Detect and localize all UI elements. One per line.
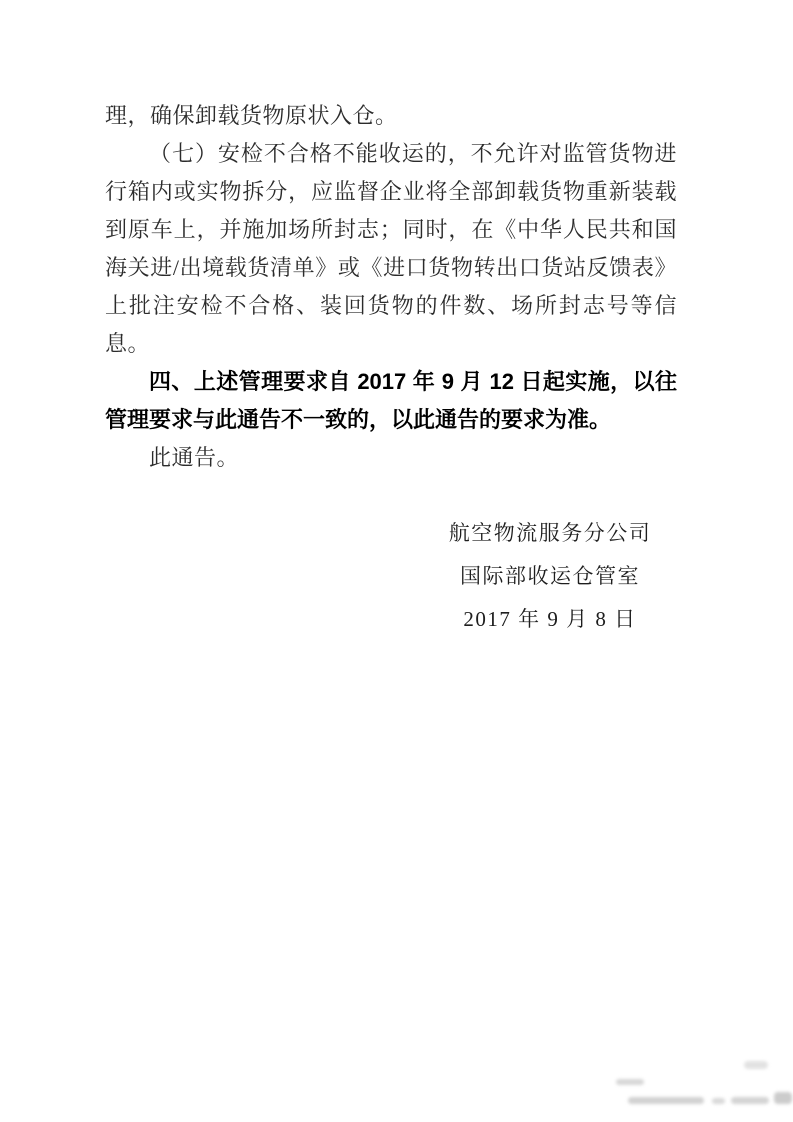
document-page: 理，确保卸载货物原状入仓。 （七）安检不合格不能收运的，不允许对监管货物进行箱内… — [0, 0, 793, 1122]
signature-organization: 航空物流服务分公司 — [400, 512, 700, 555]
signature-date: 2017 年 9 月 8 日 — [400, 598, 700, 641]
paragraph-continuation: 理，确保卸载货物原状入仓。 — [105, 97, 677, 135]
signature-department: 国际部收运仓管室 — [400, 555, 700, 598]
scan-artifact — [731, 1097, 769, 1104]
scan-artifact — [774, 1092, 792, 1104]
scan-artifact — [628, 1097, 704, 1104]
scan-artifact — [616, 1079, 644, 1085]
paragraph-closing: 此通告。 — [105, 439, 677, 477]
paragraph-section-4-effective-date: 四、上述管理要求自 2017 年 9 月 12 日起实施，以往管理要求与此通告不… — [105, 363, 677, 439]
scan-artifact — [712, 1098, 725, 1104]
paragraph-item-7: （七）安检不合格不能收运的，不允许对监管货物进行箱内或实物拆分，应监督企业将全部… — [105, 135, 677, 363]
document-body: 理，确保卸载货物原状入仓。 （七）安检不合格不能收运的，不允许对监管货物进行箱内… — [105, 97, 677, 477]
signature-block: 航空物流服务分公司 国际部收运仓管室 2017 年 9 月 8 日 — [400, 512, 700, 641]
scan-artifact — [744, 1061, 768, 1069]
